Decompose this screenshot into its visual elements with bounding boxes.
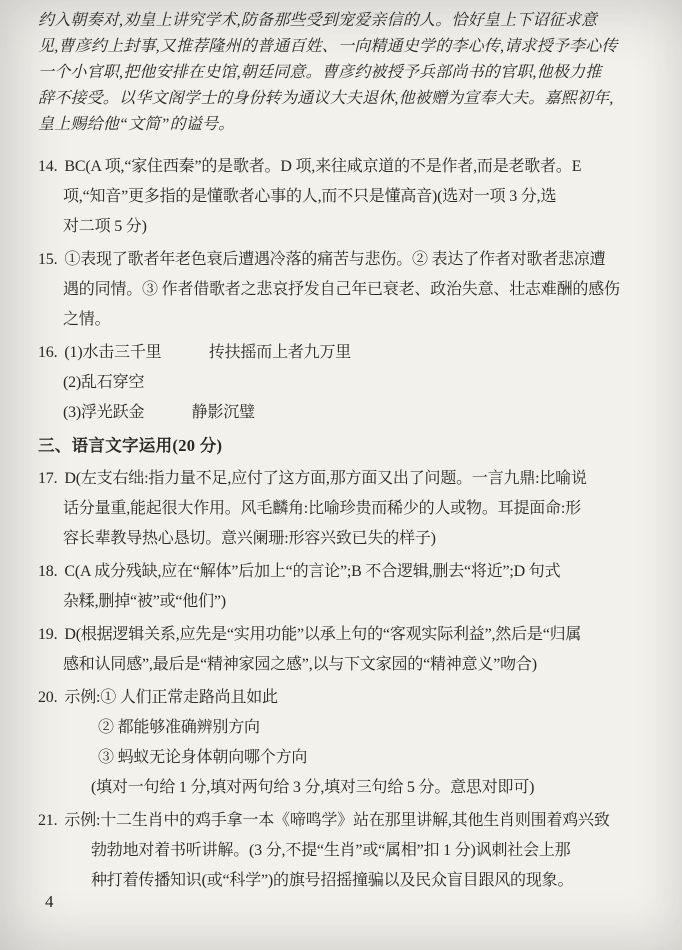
answer-line: 项,“知音”更多指的是懂歌者心事的人,而不只是懂高音)(选对一项 3 分,选 — [38, 182, 652, 212]
answer-line: 21.示例:十二生肖中的鸡手拿一本《啼鸣学》站在那里讲解,其他生肖则围着鸡兴致 — [38, 806, 652, 836]
answer-item-21: 21.示例:十二生肖中的鸡手拿一本《啼鸣学》站在那里讲解,其他生肖则围着鸡兴致勃… — [38, 806, 652, 896]
item-number: 21. — [38, 812, 57, 829]
answer-text: BC(A 项,“家住西秦”的是歌者。D 项,来往咸京道的不是作者,而是老歌者。E — [64, 158, 581, 175]
paragraph-line: 皇上赐给他“文简”的谥号。 — [38, 112, 652, 138]
answer-item-16: 16.(1)水击三千里 抟扶摇而上者九万里(2)乱石穿空(3)浮光跃金 静影沉璧 — [38, 338, 652, 428]
item-number: 17. — [38, 470, 57, 487]
answer-line: 18.C(A 成分残缺,应在“解体”后加上“的言论”;B 不合逻辑,删去“将近”… — [38, 557, 652, 587]
page-number: 4 — [45, 892, 54, 912]
translation-paragraph: 约入朝奏对,劝皇上讲究学术,防备那些受到宠爱亲信的人。恰好皇上下诏征求意见,曹彦… — [38, 8, 652, 138]
answer-item-20: 20.示例:① 人们正常走路尚且如此② 都能够准确辨别方向③ 蚂蚁无论身体朝向哪… — [38, 683, 652, 803]
item-number: 20. — [38, 689, 57, 706]
item-number: 18. — [38, 563, 57, 580]
answer-line: ③ 蚂蚁无论身体朝向哪个方向 — [38, 743, 652, 773]
answer-line: 种打着传播知识(或“科学”)的旗号招摇撞骗以及民众盲目跟风的现象。 — [38, 866, 652, 896]
answer-line: 19.D(根据逻辑关系,应先是“实用功能”以承上句的“客观实际利益”,然后是“归… — [38, 620, 652, 650]
answer-text: 示例:① 人们正常走路尚且如此 — [64, 689, 277, 706]
answer-item-14: 14.BC(A 项,“家住西秦”的是歌者。D 项,来往咸京道的不是作者,而是老歌… — [38, 152, 652, 242]
answer-line: ② 都能够准确辨别方向 — [38, 713, 652, 743]
answer-line: (3)浮光跃金 静影沉璧 — [38, 398, 652, 428]
paragraph-line: 见,曹彦约上封事,又推荐隆州的普通百姓、一向精通史学的李心传,请求授予李心传 — [38, 34, 652, 60]
answer-text: (1)水击三千里 抟扶摇而上者九万里 — [64, 344, 351, 361]
answer-text: D(左支右绌:指力量不足,应付了这方面,那方面又出了问题。一言九鼎:比喻说 — [64, 470, 586, 487]
answer-item-17: 17.D(左支右绌:指力量不足,应付了这方面,那方面又出了问题。一言九鼎:比喻说… — [38, 464, 652, 554]
answer-line: 容长辈教导热心恳切。意兴阑珊:形容兴致已失的样子) — [38, 524, 652, 554]
scanned-page: 约入朝奏对,劝皇上讲究学术,防备那些受到宠爱亲信的人。恰好皇上下诏征求意见,曹彦… — [0, 0, 682, 950]
answer-item-19: 19.D(根据逻辑关系,应先是“实用功能”以承上句的“客观实际利益”,然后是“归… — [38, 620, 652, 680]
item-number: 15. — [38, 251, 57, 268]
answer-line: 之情。 — [38, 305, 652, 335]
answer-line: 遇的同情。③ 作者借歌者之悲哀抒发自己年已衰老、政治失意、壮志难酬的感伤 — [38, 275, 652, 305]
item-number: 16. — [38, 344, 57, 361]
answer-line: (2)乱石穿空 — [38, 368, 652, 398]
answer-line: 勃勃地对着书听讲解。(3 分,不提“生肖”或“属相”扣 1 分)讽刺社会上那 — [38, 836, 652, 866]
answer-text: C(A 成分残缺,应在“解体”后加上“的言论”;B 不合逻辑,删去“将近”;D … — [64, 563, 560, 580]
answer-line: 话分量重,能起很大作用。风毛麟角:比喻珍贵而稀少的人或物。耳提面命:形 — [38, 494, 652, 524]
item-number: 14. — [38, 158, 57, 175]
paragraph-line: 一个小官职,把他安排在史馆,朝廷同意。曹彦约被授予兵部尚书的官职,他极力推 — [38, 60, 652, 86]
answer-text: D(根据逻辑关系,应先是“实用功能”以承上句的“客观实际利益”,然后是“归属 — [64, 626, 581, 643]
answer-line: 感和认同感”,最后是“精神家园之感”,以与下文家园的“精神意义”吻合) — [38, 650, 652, 680]
answer-line: (填对一句给 1 分,填对两句给 3 分,填对三句给 5 分。意思对即可) — [38, 773, 652, 803]
answer-line: 15.①表现了歌者年老色衰后遭遇冷落的痛苦与悲伤。② 表达了作者对歌者悲凉遭 — [38, 245, 652, 275]
item-number: 19. — [38, 626, 57, 643]
section-heading: 三、语言文字运用(20 分) — [38, 431, 652, 461]
paragraph-line: 辞不接受。以华文阁学士的身份转为通议大夫退休,他被赠为宣奉大夫。嘉熙初年, — [38, 86, 652, 112]
answer-line: 17.D(左支右绌:指力量不足,应付了这方面,那方面又出了问题。一言九鼎:比喻说 — [38, 464, 652, 494]
answer-line: 对二项 5 分) — [38, 212, 652, 242]
page-content: 约入朝奏对,劝皇上讲究学术,防备那些受到宠爱亲信的人。恰好皇上下诏征求意见,曹彦… — [38, 8, 652, 899]
paragraph-line: 约入朝奏对,劝皇上讲究学术,防备那些受到宠爱亲信的人。恰好皇上下诏征求意 — [38, 8, 652, 34]
answer-line: 杂糅,删掉“被”或“他们”) — [38, 587, 652, 617]
answer-line: 20.示例:① 人们正常走路尚且如此 — [38, 683, 652, 713]
answer-line: 14.BC(A 项,“家住西秦”的是歌者。D 项,来往咸京道的不是作者,而是老歌… — [38, 152, 652, 182]
answer-text: ①表现了歌者年老色衰后遭遇冷落的痛苦与悲伤。② 表达了作者对歌者悲凉遭 — [64, 251, 605, 268]
answer-line: 16.(1)水击三千里 抟扶摇而上者九万里 — [38, 338, 652, 368]
answer-item-15: 15.①表现了歌者年老色衰后遭遇冷落的痛苦与悲伤。② 表达了作者对歌者悲凉遭遇的… — [38, 245, 652, 335]
answer-item-18: 18.C(A 成分残缺,应在“解体”后加上“的言论”;B 不合逻辑,删去“将近”… — [38, 557, 652, 617]
answer-text: 示例:十二生肖中的鸡手拿一本《啼鸣学》站在那里讲解,其他生肖则围着鸡兴致 — [64, 812, 609, 829]
